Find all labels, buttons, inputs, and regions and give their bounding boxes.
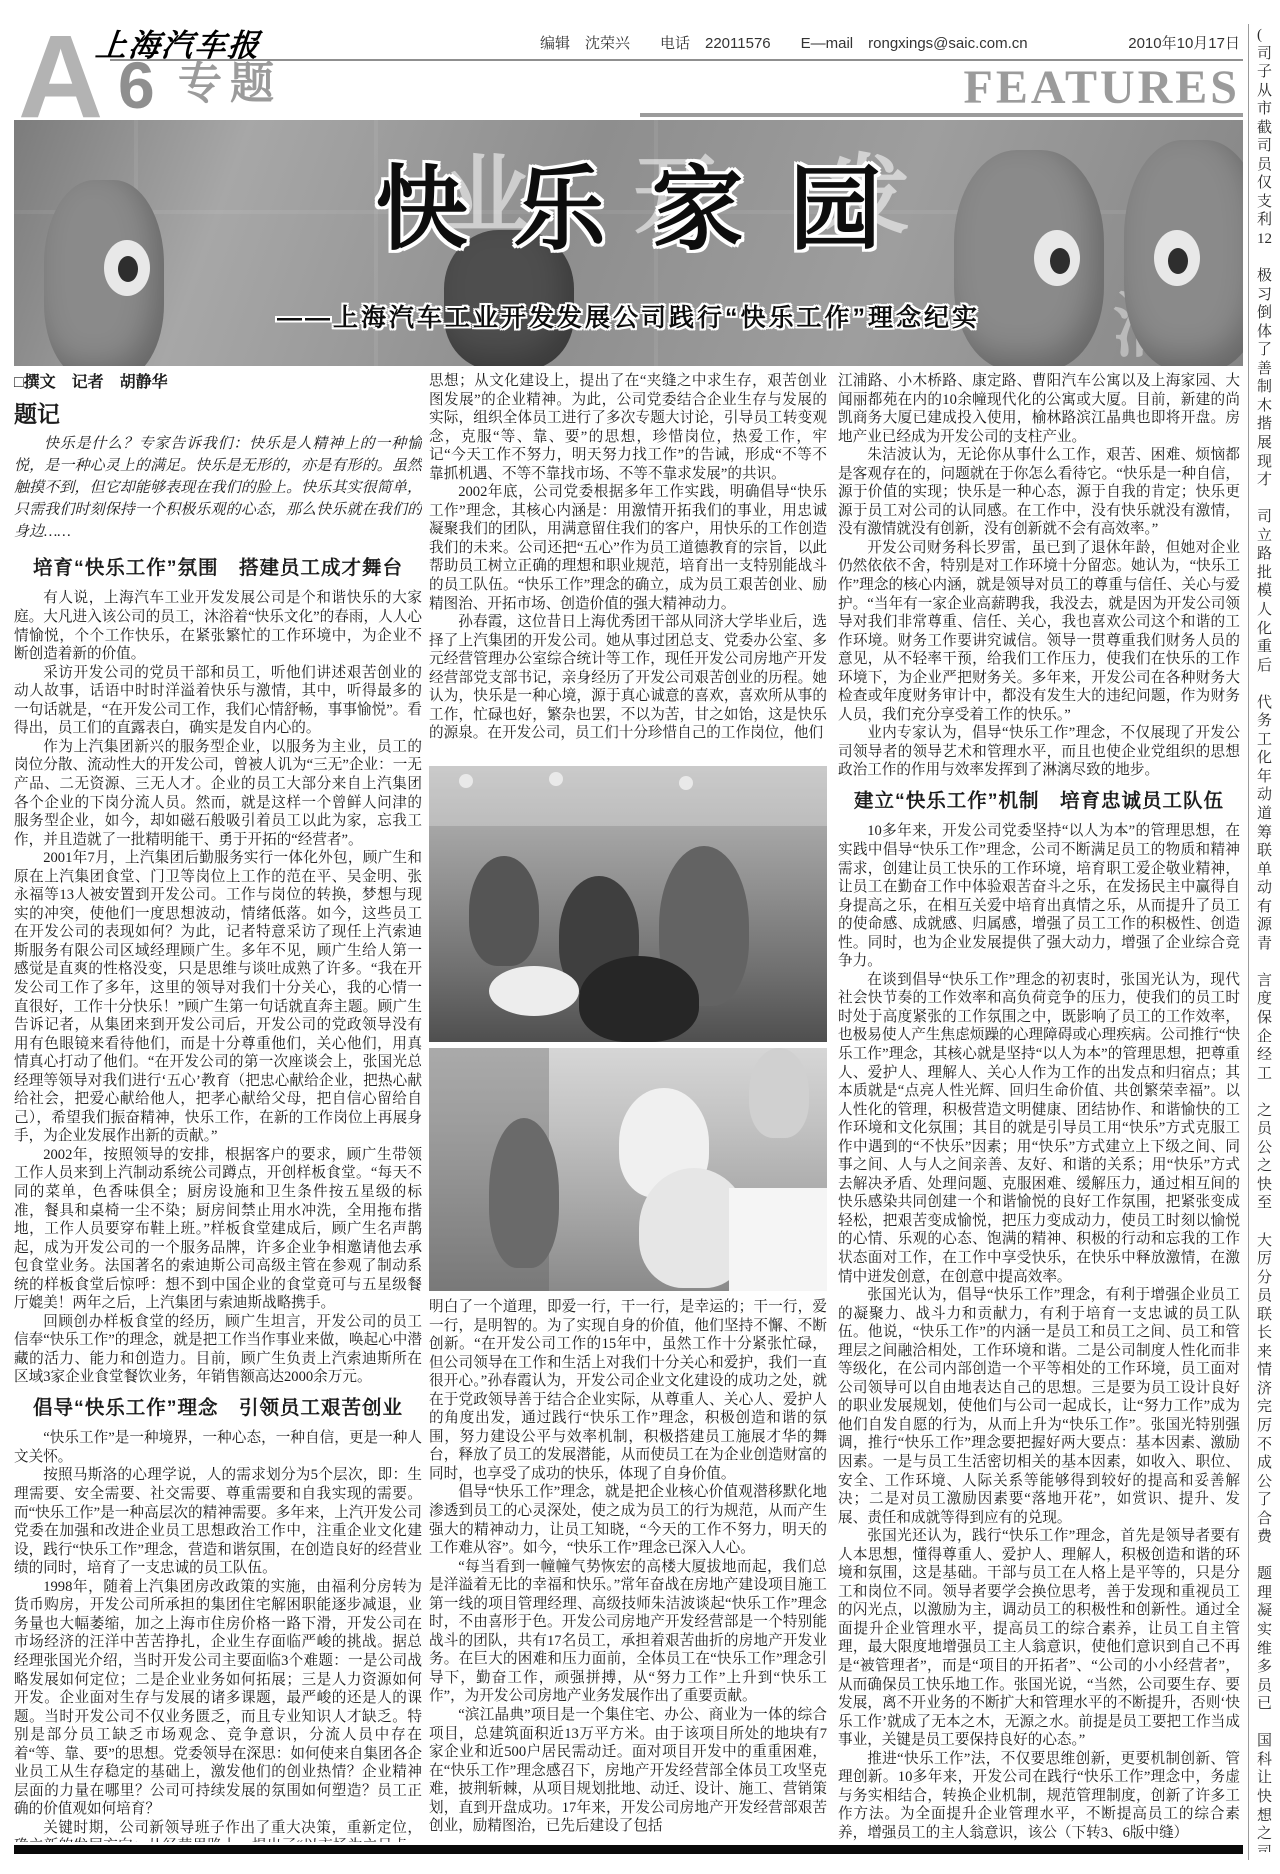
- article-photo-activity: [429, 1048, 827, 1291]
- gutter-character: 快: [1257, 1176, 1280, 1195]
- gutter-character: 科: [1257, 1751, 1280, 1770]
- gutter-character: 才: [1257, 471, 1280, 490]
- gutter-character: 善: [1257, 360, 1280, 379]
- banner-photo: 业 开 发 酒 快乐家园 ——上海汽车工业开发发展公司践行“快乐工作”理念纪实: [14, 120, 1243, 366]
- gutter-character: 动: [1257, 786, 1280, 805]
- editor-contact-line: 编辑 沈荣兴 电话 22011576 E—mail rongxings@saic…: [540, 32, 1028, 53]
- body-paragraph: 业内专家认为，倡导“快乐工作”理念，不仅展现了开发公司领导者的领导艺术和管理水平…: [838, 724, 1240, 780]
- body-paragraph: 2002年底，公司党委根据多年工作实践，明确倡导“快乐工作”理念，其核心内涵是：…: [429, 483, 827, 613]
- section-heading-1: 培育“快乐工作”氛围 搭建员工成才舞台: [14, 557, 422, 580]
- column-divider-rule: [1248, 24, 1249, 1860]
- gutter-character: 保: [1257, 1009, 1280, 1028]
- gutter-character: 展: [1257, 434, 1280, 453]
- gutter-character: 快: [1257, 1788, 1280, 1807]
- gutter-character: 厉: [1257, 1417, 1280, 1436]
- gutter-character: 路: [1257, 545, 1280, 564]
- gutter-character: 度: [1257, 990, 1280, 1009]
- gutter-character: 至: [1257, 1194, 1280, 1213]
- gutter-character: 现: [1257, 453, 1280, 472]
- gutter-character: 支: [1257, 193, 1280, 212]
- gutter-character: 源: [1257, 916, 1280, 935]
- body-paragraph: 朱洁波认为，无论你从事什么工作，艰苦、困难、烦恼都是客观存在的，问题就在于你怎么…: [838, 446, 1240, 539]
- body-paragraph: 1998年，随着上汽集团房改政策的实施，由福利分房转为货币购房，开发公司所承担的…: [14, 1578, 422, 1819]
- gutter-character: 成: [1257, 1454, 1280, 1473]
- column-1: □撰文 记者 胡静华 题记 快乐是什么？专家告诉我们：快乐是人精神上的一种愉悦，…: [14, 372, 422, 1842]
- gutter-character: [1257, 1547, 1280, 1566]
- gutter-character: 公: [1257, 1473, 1280, 1492]
- photo-ceiling: [429, 766, 827, 826]
- gutter-character: 费: [1257, 1528, 1280, 1547]
- table-cloth: [729, 1188, 827, 1291]
- section-title-en: FEATURES: [964, 64, 1241, 112]
- gutter-character: 司: [1257, 137, 1280, 156]
- gutter-character: 动: [1257, 879, 1280, 898]
- gutter-character: 之: [1257, 1102, 1280, 1121]
- gutter-character: 有: [1257, 898, 1280, 917]
- body-paragraph: 10多年来，开发公司党委坚持“以人为本”的管理思想，在实践中倡导“快乐工作”理念…: [838, 822, 1240, 970]
- gutter-character: 司: [1257, 508, 1280, 527]
- gutter-character: 体: [1257, 323, 1280, 342]
- gutter-character: 已: [1257, 1695, 1280, 1714]
- body-paragraph: 有人说，上海汽车工业开发发展公司是个和谐快乐的大家庭。大凡进入该公司的员工，沐浴…: [14, 589, 422, 663]
- header-rule-thick: [640, 113, 1243, 117]
- gutter-character: 情: [1257, 1361, 1280, 1380]
- gutter-character: 大: [1257, 1232, 1280, 1251]
- gutter-character: 揩: [1257, 415, 1280, 434]
- gutter-character: 代: [1257, 694, 1280, 713]
- gutter-character: 12: [1257, 230, 1280, 249]
- ceiling-light: [549, 772, 563, 786]
- byline: □撰文 记者 胡静华: [14, 374, 422, 393]
- ceiling-light: [459, 774, 473, 788]
- headline-subtitle: ——上海汽车工业开发发展公司践行“快乐工作”理念纪实: [14, 298, 1243, 334]
- gutter-character: 完: [1257, 1398, 1280, 1417]
- gutter-character: 合: [1257, 1510, 1280, 1529]
- gutter-character: 模: [1257, 582, 1280, 601]
- gutter-character: 批: [1257, 564, 1280, 583]
- gutter-character: 市: [1257, 100, 1280, 119]
- photo-figure: [489, 1118, 559, 1268]
- gutter-character: 题: [1257, 1565, 1280, 1584]
- column-3-bottom: 10多年来，开发公司党委坚持“以人为本”的管理思想，在实践中倡导“快乐工作”理念…: [838, 822, 1240, 1842]
- gutter-character: 员: [1257, 1677, 1280, 1696]
- column-2-top: 思想；从文化建设上，提出了在“夹缝之中求生存，艰苦创业图发展”的企业精神。为此，…: [429, 372, 827, 762]
- gutter-character: 言: [1257, 972, 1280, 991]
- gutter-character: 化: [1257, 749, 1280, 768]
- gutter-character: 了: [1257, 341, 1280, 360]
- gutter-character: 联: [1257, 1306, 1280, 1325]
- gutter-character: 理: [1257, 1584, 1280, 1603]
- gutter-character: 维: [1257, 1640, 1280, 1659]
- gutter-character: 人: [1257, 601, 1280, 620]
- gutter-character: [1257, 675, 1280, 694]
- gutter-character: 员: [1257, 1120, 1280, 1139]
- gutter-character: 道: [1257, 805, 1280, 824]
- body-paragraph: 推进“快乐工作”法，不仅要思维创新，更要机制创新、管理创新。10多年来，开发公司…: [838, 1750, 1240, 1842]
- gutter-character: 年: [1257, 768, 1280, 787]
- gutter-character: 倒: [1257, 304, 1280, 323]
- body-paragraph: 回顾创办样板食堂的经历，顾广生坦言，开发公司的员工信奉“快乐工作”的理念，就是把…: [14, 1313, 422, 1387]
- column-1-part-1: 有人说，上海汽车工业开发发展公司是个和谐快乐的大家庭。大凡进入该公司的员工，沐浴…: [14, 589, 422, 1387]
- gutter-character: 截: [1257, 119, 1280, 138]
- foreword-label: 题记: [14, 405, 422, 424]
- gutter-character: 立: [1257, 527, 1280, 546]
- gutter-character: 子: [1257, 63, 1280, 82]
- body-paragraph: 关键时期，公司新领导班子作出了重大决策，重新定位，确立新的发展方向：从经营思路上…: [14, 1819, 422, 1842]
- gutter-character: 从: [1257, 82, 1280, 101]
- issue-date: 2010年10月17日: [1128, 32, 1240, 53]
- column-1-part-2: “快乐工作”是一种境界，一种心态，一种自信，更是一种人文关怀。按照马斯洛的心理学…: [14, 1429, 422, 1842]
- page-section-label: 专题: [178, 62, 282, 106]
- gutter-character: 仅: [1257, 174, 1280, 193]
- gutter-character: 联: [1257, 842, 1280, 861]
- photo-figure: [579, 956, 699, 1042]
- gutter-character: 公: [1257, 1139, 1280, 1158]
- gutter-character: 长: [1257, 1324, 1280, 1343]
- gutter-character: 制: [1257, 378, 1280, 397]
- foreword-text: 快乐是什么？专家告诉我们：快乐是人精神上的一种愉悦，是一种心灵上的满足。快乐是无…: [14, 433, 422, 543]
- gutter-character: 厉: [1257, 1250, 1280, 1269]
- gutter-character: [1257, 490, 1280, 509]
- gutter-character: 员: [1257, 1287, 1280, 1306]
- gutter-character: 单: [1257, 861, 1280, 880]
- gutter-character: 想: [1257, 1807, 1280, 1826]
- gutter-character: 木: [1257, 397, 1280, 416]
- table-surface: [489, 966, 579, 1016]
- body-paragraph: 采访开发公司的党员干部和员工，听他们讲述艰苦创业的动人故事，话语中时时洋溢着快乐…: [14, 664, 422, 738]
- gutter-character: 国: [1257, 1732, 1280, 1751]
- article-photo-cafeteria: [429, 766, 827, 1042]
- gutter-character: 企: [1257, 1028, 1280, 1047]
- gutter-character: 不: [1257, 1436, 1280, 1455]
- gutter-character: 来: [1257, 1343, 1280, 1362]
- page-number: 6: [118, 52, 155, 118]
- gutter-character: 青: [1257, 935, 1280, 954]
- gutter-character: 分: [1257, 1269, 1280, 1288]
- gutter-character: 筹: [1257, 824, 1280, 843]
- gutter-character: 工: [1257, 1065, 1280, 1084]
- body-paragraph: 按照马斯洛的心理学说，人的需求划分为5个层次，即：生理需要、安全需要、社交需要、…: [14, 1466, 422, 1577]
- ceiling-light: [679, 776, 693, 790]
- gutter-character: 济: [1257, 1380, 1280, 1399]
- body-paragraph: 在谈到倡导“快乐工作”理念的初衷时，张国光认为，现代社会快节奏的工作效率和高负荷…: [838, 971, 1240, 1286]
- body-paragraph: 江浦路、小木桥路、康定路、曹阳汽车公寓以及上海家园、大闻丽都苑在内的10余幢现代…: [838, 372, 1240, 446]
- gutter-character: (: [1257, 26, 1280, 45]
- gutter-character: 务: [1257, 712, 1280, 731]
- body-paragraph: 张国光还认为，践行“快乐工作”理念，首先是领导者要有人本思想，懂得尊重人、爱护人…: [838, 1527, 1240, 1750]
- body-paragraph: 2002年，按照领导的安排，根据客户的要求，顾广生带领工作人员来到上汽制动系统公…: [14, 1146, 422, 1313]
- body-paragraph: 2001年7月，上汽集团后勤服务实行一体化外包，顾广生和原在上汽集团食堂、门卫等…: [14, 849, 422, 1146]
- gutter-character: 经: [1257, 1046, 1280, 1065]
- body-paragraph: 张国光认为，倡导“快乐工作”理念，有利于增强企业员工的凝聚力、战斗力和贡献力，有…: [838, 1286, 1240, 1527]
- photo-figure: [469, 856, 539, 966]
- mascot-pupil: [118, 256, 138, 282]
- body-paragraph: 明白了一个道理，即爱一行，干一行，是幸运的；干一行，爱一行，是明智的。为了实现自…: [429, 1298, 827, 1483]
- headline: 快乐家园: [14, 162, 1243, 259]
- gutter-character: [1257, 249, 1280, 268]
- gutter-character: [1257, 1213, 1280, 1232]
- bottom-rule-bar: [14, 1845, 1243, 1854]
- gutter-character: [1257, 953, 1280, 972]
- gutter-character: 重: [1257, 638, 1280, 657]
- body-paragraph: 孙春霞，这位昔日上海优秀团干部从同济大学毕业后，选择了上汽集团的开发公司。她从事…: [429, 613, 827, 743]
- column-2-bottom: 明白了一个道理，即爱一行，干一行，是幸运的；干一行，爱一行，是明智的。为了实现自…: [429, 1298, 827, 1844]
- gutter-character: 后: [1257, 657, 1280, 676]
- gutter-character: 多: [1257, 1658, 1280, 1677]
- body-paragraph: “滨江晶典”项目是一个集住宅、办公、商业为一体的综合项目，总建筑面积近13万平方…: [429, 1706, 827, 1836]
- gutter-character: 了: [1257, 1491, 1280, 1510]
- body-paragraph: 开发公司财务科长罗雷，虽已到了退休年龄，但她对企业仍然依依不舍，特别是对工作环境…: [838, 539, 1240, 724]
- body-paragraph: 作为上汽集团新兴的服务型企业，以服务为主业，员工的岗位分散、流动性大的开发公司，…: [14, 738, 422, 849]
- gutter-character: 员: [1257, 156, 1280, 175]
- gutter-character: 实: [1257, 1621, 1280, 1640]
- body-paragraph: “快乐工作”是一种境界，一种心态，一种自信，更是一种人文关怀。: [14, 1429, 422, 1466]
- column-3: 江浦路、小木桥路、康定路、曹阳汽车公寓以及上海家园、大闻丽都苑在内的10余幢现代…: [838, 372, 1240, 1842]
- section-heading-2: 倡导“快乐工作”理念 引领员工艰苦创业: [14, 1397, 422, 1420]
- body-paragraph: 倡导“快乐工作”理念，就是把企业核心价值观潜移默化地渗透到员工的心灵深处，使之成…: [429, 1483, 827, 1557]
- section-heading-3: 建立“快乐工作”机制 培育忠诚员工队伍: [838, 790, 1240, 813]
- gutter-character: 之: [1257, 1157, 1280, 1176]
- body-paragraph: “每当看到一幢幢气势恢宏的高楼大厦拔地而起，我们总是洋溢着无比的幸福和快乐。”常…: [429, 1558, 827, 1706]
- gutter-character: 之: [1257, 1825, 1280, 1844]
- gutter-character: 让: [1257, 1769, 1280, 1788]
- gutter-character: 极: [1257, 267, 1280, 286]
- column-3-top: 江浦路、小木桥路、康定路、曹阳汽车公寓以及上海家园、大闻丽都苑在内的10余幢现代…: [838, 372, 1240, 780]
- gutter-character: 化: [1257, 620, 1280, 639]
- page-letter: A: [18, 18, 103, 136]
- cut-off-gutter-column: (司子从市截司员仅支利12极习倒体了善制木揩展现才司立路批模人化重后代务工化年动…: [1257, 26, 1280, 1852]
- gutter-character: 工: [1257, 731, 1280, 750]
- gutter-character: 司: [1257, 1844, 1280, 1852]
- gutter-character: [1257, 1083, 1280, 1102]
- gutter-character: 习: [1257, 286, 1280, 305]
- photo-figure: [749, 1048, 809, 1138]
- gutter-character: [1257, 1714, 1280, 1733]
- body-paragraph: 思想；从文化建设上，提出了在“夹缝之中求生存，艰苦创业图发展”的企业精神。为此，…: [429, 372, 827, 483]
- gutter-character: 凝: [1257, 1602, 1280, 1621]
- gutter-character: 利: [1257, 211, 1280, 230]
- gutter-character: 司: [1257, 45, 1280, 64]
